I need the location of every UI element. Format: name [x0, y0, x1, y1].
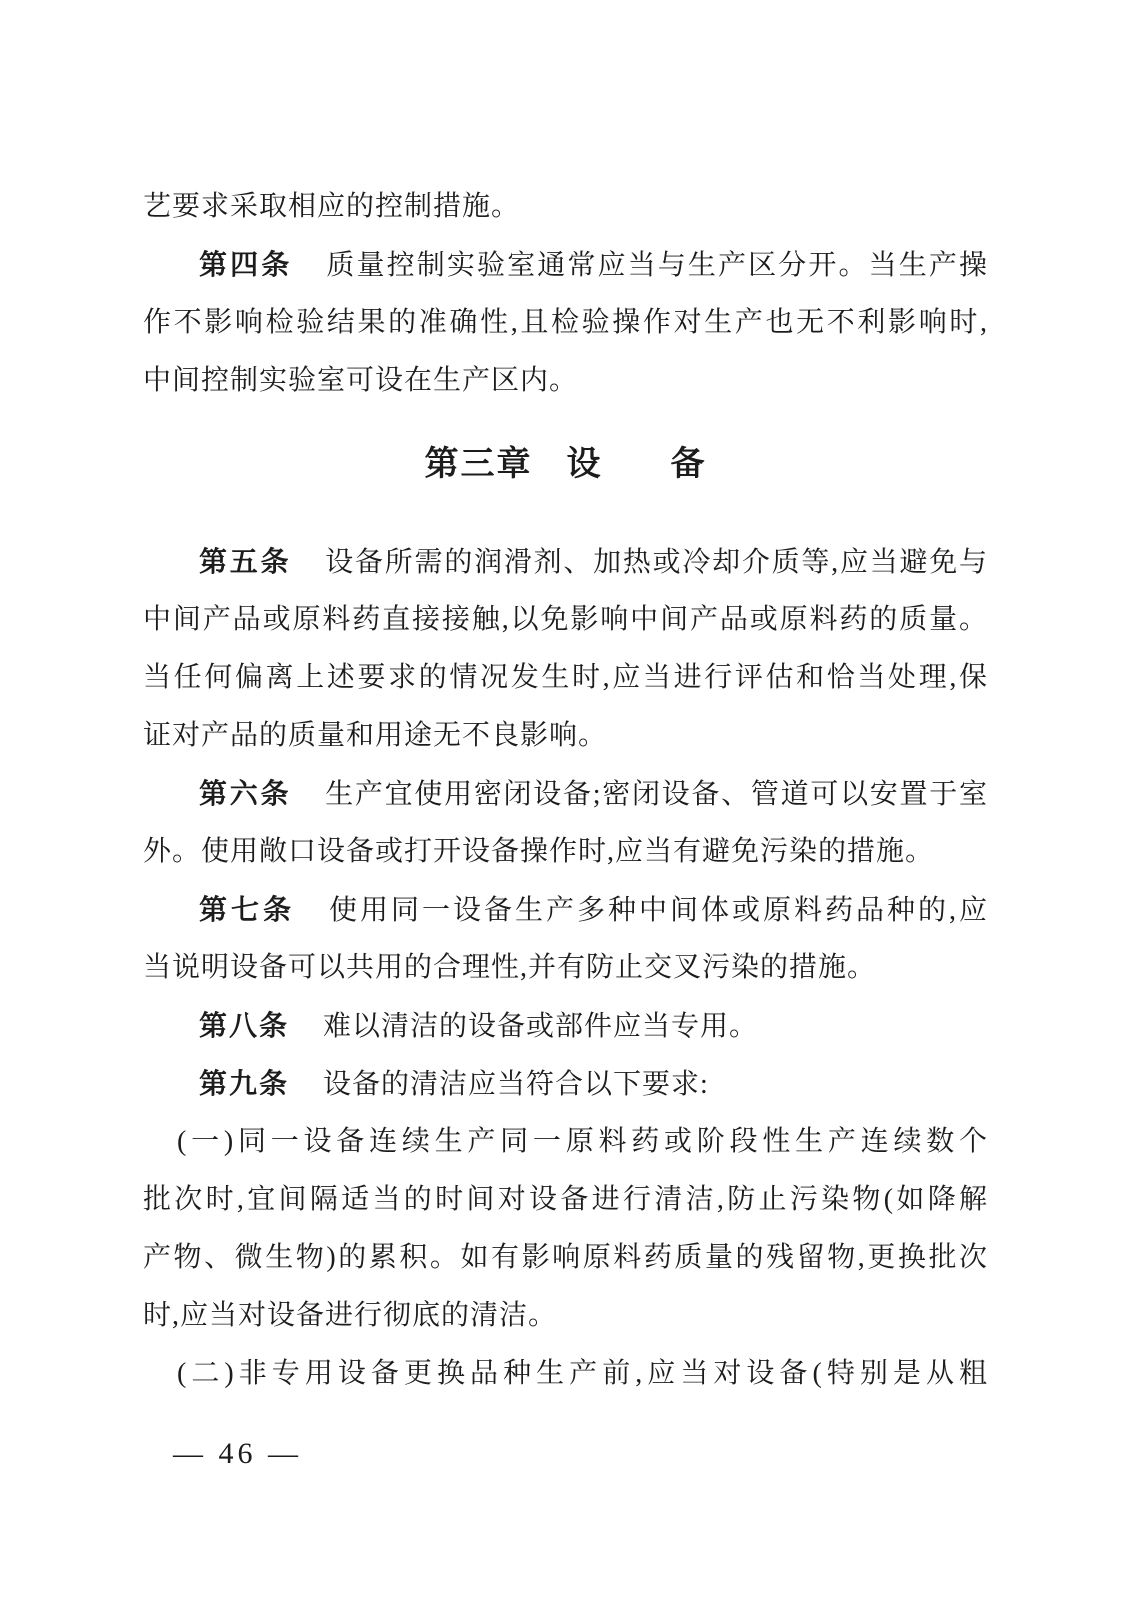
article-number: 第六条	[199, 778, 291, 809]
text-line: 当任何偏离上述要求的情况发生时,应当进行评估和恰当处理,保	[143, 649, 988, 707]
article-8-line-1: 第八条难以清洁的设备或部件应当专用。	[143, 997, 988, 1055]
text-line: 中间产品或原料药直接接触,以免影响中间产品或原料药的质量。	[143, 591, 988, 649]
line-text: 使用同一设备生产多种中间体或原料药品种的,应	[329, 895, 988, 926]
chapter-title-char-1: 设	[567, 445, 603, 483]
document-body: 艺要求采取相应的控制措施。 第四条质量控制实验室通常应当与生产区分开。当生产操 …	[143, 178, 988, 1483]
line-text: (二)非专用设备更换品种生产前,应当对设备(特别是从粗	[177, 1358, 988, 1389]
line-text: 设备的清洁应当符合以下要求:	[323, 1069, 709, 1100]
article-number: 第七条	[199, 894, 295, 925]
line-text: 产物、微生物)的累积。如有影响原料药质量的残留物,更换批次	[143, 1242, 988, 1273]
article-4-line-1: 第四条质量控制实验室通常应当与生产区分开。当生产操	[143, 236, 988, 294]
line-text: (一)同一设备连续生产同一原料药或阶段性生产连续数个	[177, 1126, 988, 1157]
line-text: 艺要求采取相应的控制措施。	[143, 191, 520, 222]
article-7-line-1: 第七条使用同一设备生产多种中间体或原料药品种的,应	[143, 881, 988, 939]
line-text: 难以清洁的设备或部件应当专用。	[323, 1011, 758, 1042]
item-2-line-1: (二)非专用设备更换品种生产前,应当对设备(特别是从粗	[143, 1345, 988, 1403]
line-text: 质量控制实验室通常应当与生产区分开。当生产操	[326, 250, 988, 281]
line-text: 当说明设备可以共用的合理性,并有防止交叉污染的措施。	[143, 952, 876, 983]
article-number: 第四条	[199, 249, 292, 280]
article-5-line-1: 第五条设备所需的润滑剂、加热或冷却介质等,应当避免与	[143, 533, 988, 591]
line-text: 作不影响检验结果的准确性,且检验操作对生产也无不利影响时,	[143, 307, 988, 338]
line-text: 批次时,宜间隔适当的时间对设备进行清洁,防止污染物(如降解	[143, 1184, 988, 1215]
text-line: 时,应当对设备进行彻底的清洁。	[143, 1287, 988, 1345]
document-page: 艺要求采取相应的控制措施。 第四条质量控制实验室通常应当与生产区分开。当生产操 …	[0, 0, 1131, 1600]
text-line: 艺要求采取相应的控制措施。	[143, 178, 988, 236]
text-line: 作不影响检验结果的准确性,且检验操作对生产也无不利影响时,	[143, 294, 988, 352]
line-text: 外。使用敞口设备或打开设备操作时,应当有避免污染的措施。	[143, 836, 934, 867]
article-9-line-1: 第九条设备的清洁应当符合以下要求:	[143, 1055, 988, 1113]
chapter-title-char-2: 备	[671, 445, 707, 483]
text-line: 当说明设备可以共用的合理性,并有防止交叉污染的措施。	[143, 939, 988, 997]
text-line: 外。使用敞口设备或打开设备操作时,应当有避免污染的措施。	[143, 823, 988, 881]
article-6-line-1: 第六条生产宜使用密闭设备;密闭设备、管道可以安置于室	[143, 765, 988, 823]
line-text: 生产宜使用密闭设备;密闭设备、管道可以安置于室	[325, 779, 988, 810]
text-line: 批次时,宜间隔适当的时间对设备进行清洁,防止污染物(如降解	[143, 1171, 988, 1229]
text-line: 中间控制实验室可设在生产区内。	[143, 352, 988, 410]
line-text: 当任何偏离上述要求的情况发生时,应当进行评估和恰当处理,保	[143, 662, 988, 693]
page-number: — 46 —	[143, 1425, 988, 1483]
line-text: 时,应当对设备进行彻底的清洁。	[143, 1300, 557, 1331]
line-text: 证对产品的质量和用途无不良影响。	[143, 720, 607, 751]
chapter-number: 第三章	[425, 445, 533, 483]
article-number: 第九条	[199, 1068, 289, 1099]
line-text: 中间产品或原料药直接接触,以免影响中间产品或原料药的质量。	[143, 604, 988, 635]
article-number: 第五条	[199, 546, 291, 577]
article-number: 第八条	[199, 1010, 289, 1041]
line-text: 设备所需的润滑剂、加热或冷却介质等,应当避免与	[325, 547, 988, 578]
line-text: 中间控制实验室可设在生产区内。	[143, 365, 578, 396]
item-1-line-1: (一)同一设备连续生产同一原料药或阶段性生产连续数个	[143, 1113, 988, 1171]
text-line: 证对产品的质量和用途无不良影响。	[143, 707, 988, 765]
chapter-heading: 第三章设备	[143, 435, 988, 493]
text-line: 产物、微生物)的累积。如有影响原料药质量的残留物,更换批次	[143, 1229, 988, 1287]
